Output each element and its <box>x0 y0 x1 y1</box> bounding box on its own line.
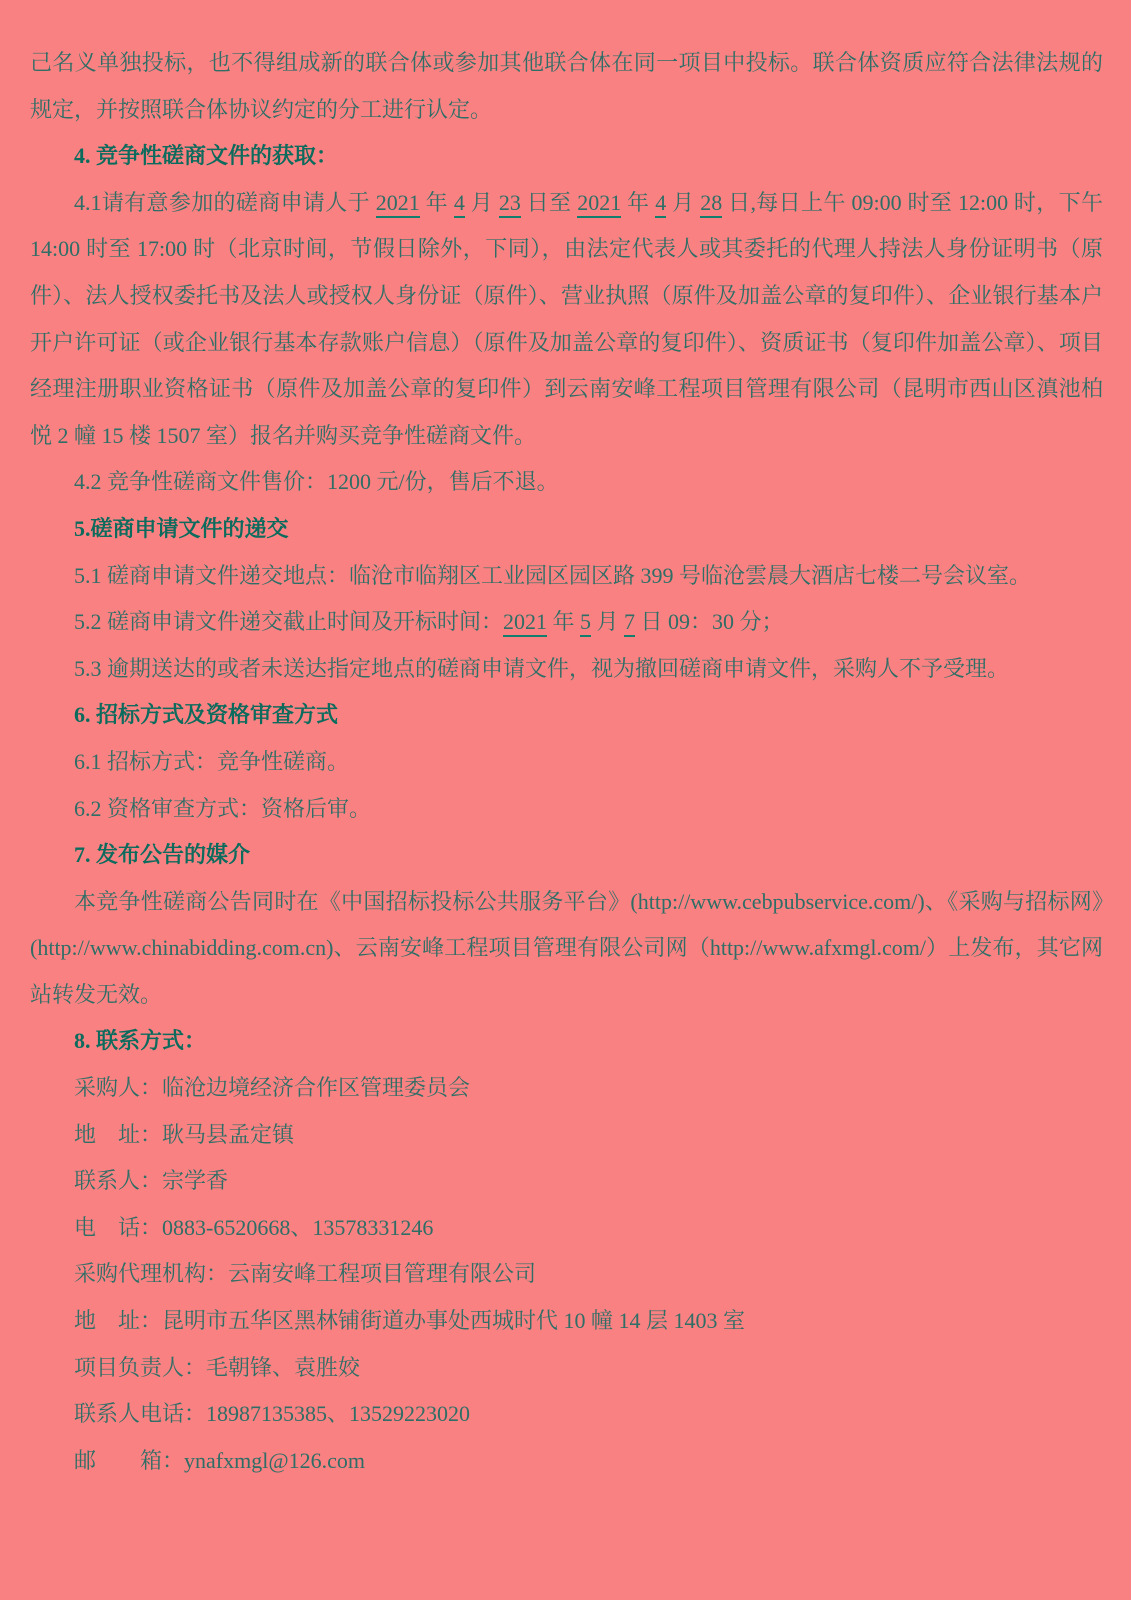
text-segment: 年 <box>621 190 655 215</box>
date-underlined: 23 <box>499 190 521 218</box>
contact-leader-phone: 联系人电话：18987135385、13529223020 <box>30 1391 1103 1438</box>
contact-person: 联系人：宗学香 <box>30 1158 1103 1205</box>
text-segment: 月 <box>465 190 499 215</box>
paragraph-4-1: 4.1请有意参加的磋商申请人于 2021 年 4 月 23 日至 2021 年 … <box>30 180 1103 460</box>
document-page: 己名义单独投标，也不得组成新的联合体或参加其他联合体在同一项目中投标。联合体资质… <box>0 0 1131 1484</box>
contact-phone: 电 话：0883-6520668、13578331246 <box>30 1205 1103 1252</box>
date-underlined: 2021 <box>577 190 621 218</box>
paragraph-5-2: 5.2 磋商申请文件递交截止时间及开标时间：2021 年 5 月 7 日 09：… <box>30 599 1103 646</box>
date-underlined: 28 <box>700 190 722 218</box>
contact-purchaser: 采购人：临沧边境经济合作区管理委员会 <box>30 1065 1103 1112</box>
contact-agency-address: 地 址：昆明市五华区黑林铺街道办事处西城时代 10 幢 14 层 1403 室 <box>30 1298 1103 1345</box>
paragraph-media: 本竞争性磋商公告同时在《中国招标投标公共服务平台》(http://www.ceb… <box>30 879 1103 1019</box>
heading-section-4: 4. 竞争性磋商文件的获取： <box>30 133 1103 180</box>
paragraph-6-1: 6.1 招标方式：竞争性磋商。 <box>30 739 1103 786</box>
text-segment: 5.2 磋商申请文件递交截止时间及开标时间： <box>74 609 503 634</box>
text-segment: 年 <box>547 609 580 634</box>
contact-agency: 采购代理机构：云南安峰工程项目管理有限公司 <box>30 1251 1103 1298</box>
date-underlined: 2021 <box>376 190 420 218</box>
date-underlined: 5 <box>580 609 591 637</box>
heading-section-5: 5.磋商申请文件的递交 <box>30 506 1103 553</box>
date-underlined: 4 <box>454 190 465 218</box>
contact-purchaser-address: 地 址：耿马县孟定镇 <box>30 1112 1103 1159</box>
date-underlined: 7 <box>624 609 635 637</box>
text-segment: 月 <box>591 609 624 634</box>
paragraph-5-3: 5.3 逾期送达的或者未送达指定地点的磋商申请文件，视为撤回磋商申请文件，采购人… <box>30 646 1103 693</box>
date-underlined: 2021 <box>503 609 547 637</box>
contact-email: 邮 箱：ynafxmgl@126.com <box>30 1438 1103 1485</box>
text-segment: 年 <box>420 190 454 215</box>
text-segment: 4.1请有意参加的磋商申请人于 <box>74 190 376 215</box>
text-segment: 日至 <box>521 190 577 215</box>
text-segment: 月 <box>666 190 700 215</box>
paragraph-5-1: 5.1 磋商申请文件递交地点：临沧市临翔区工业园区园区路 399 号临沧雲晨大酒… <box>30 553 1103 600</box>
text-segment: 日,每日上午 09:00 时至 12:00 时，下午 14:00 时至 17:0… <box>30 190 1103 448</box>
text-segment: 日 09：30 分； <box>635 609 784 634</box>
heading-section-6: 6. 招标方式及资格审查方式 <box>30 692 1103 739</box>
paragraph-4-2: 4.2 竞争性磋商文件售价：1200 元/份，售后不退。 <box>30 459 1103 506</box>
paragraph-joint-bid-rules: 己名义单独投标，也不得组成新的联合体或参加其他联合体在同一项目中投标。联合体资质… <box>30 40 1103 133</box>
contact-project-leaders: 项目负责人：毛朝锋、袁胜姣 <box>30 1345 1103 1392</box>
heading-section-7: 7. 发布公告的媒介 <box>30 832 1103 879</box>
heading-section-8: 8. 联系方式： <box>30 1018 1103 1065</box>
paragraph-6-2: 6.2 资格审查方式：资格后审。 <box>30 786 1103 833</box>
date-underlined: 4 <box>655 190 666 218</box>
